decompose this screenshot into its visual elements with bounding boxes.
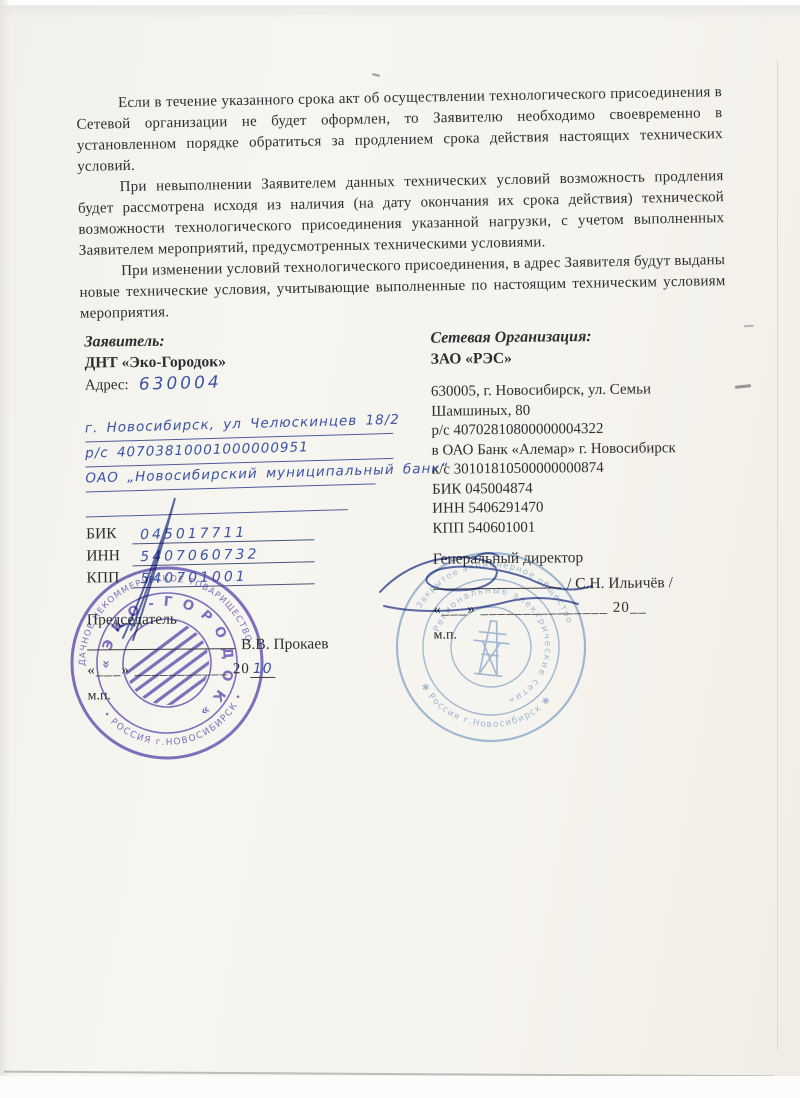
paragraph: При изменении условий технологического п… bbox=[79, 250, 726, 325]
address-handwritten-value: 630004 bbox=[138, 373, 221, 395]
network-org-details: 630005, г. Новосибирск, ул. Семьи Шамшин… bbox=[431, 379, 763, 538]
org-kpp: КПП 540601001 bbox=[432, 516, 762, 539]
signature-ilyichev bbox=[378, 548, 598, 618]
applicant-heading: Заявитель: bbox=[84, 331, 424, 352]
scan-shadow-left bbox=[0, 0, 10, 1098]
applicant-date-row: «___» ___________ 2010 bbox=[87, 660, 427, 680]
applicant-seal-note: м.п. bbox=[87, 686, 427, 705]
scanned-document-page: { "paragraphs": [ "Если в течение указан… bbox=[0, 0, 800, 1098]
applicant-signer-name: В.В. Прокаев bbox=[241, 635, 329, 654]
org-address: 630005, г. Новосибирск, ул. Семьи Шамшин… bbox=[431, 380, 693, 422]
scan-shadow-top bbox=[0, 5, 800, 19]
network-org-heading: Сетевая Организация: bbox=[430, 326, 760, 347]
address-label: Адрес: bbox=[85, 377, 129, 393]
applicant-address-row: Адрес: 630004 bbox=[85, 372, 425, 395]
scan-edge-right bbox=[777, 60, 778, 1050]
applicant-name: ДНТ «Эко-Городок» bbox=[85, 352, 425, 373]
network-org-name: ЗАО «РЭС» bbox=[431, 347, 761, 368]
signature-prokaev bbox=[95, 480, 235, 650]
paragraph: При невыполнении Заявителем данных техни… bbox=[77, 166, 724, 262]
terms-paragraphs: Если в течение указанного срока акт об о… bbox=[76, 82, 726, 325]
paragraph: Если в течение указанного срока акт об о… bbox=[76, 82, 723, 178]
date-year-handwritten: 10 bbox=[250, 661, 276, 678]
date-line: «___» ___________ 20 bbox=[87, 661, 250, 678]
scan-margin-bottom bbox=[0, 1076, 800, 1098]
